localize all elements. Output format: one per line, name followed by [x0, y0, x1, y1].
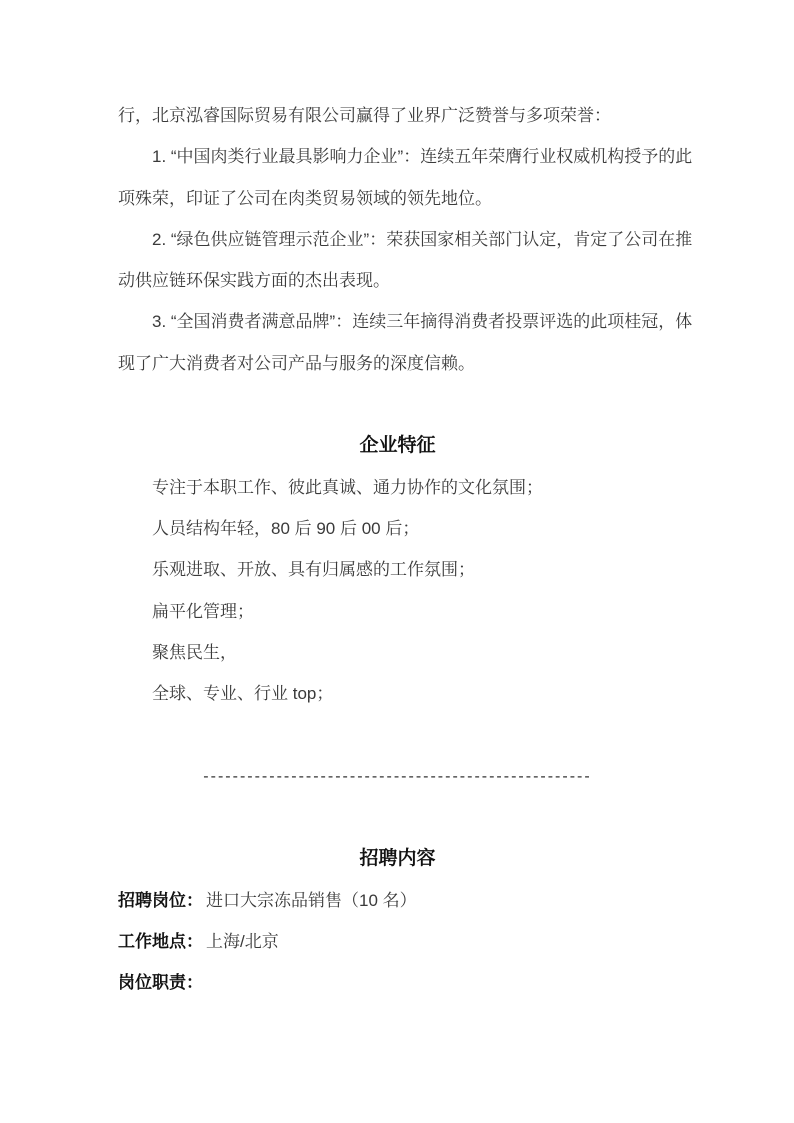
honors-item-2-line: 动供应链环保实践方面的杰出表现。 — [118, 260, 677, 301]
honors-item-2-line: 2. “绿色供应链管理示范企业”：荣获国家相关部门认定，肯定了公司在推 — [118, 219, 677, 260]
honors-item-3-line: 现了广大消费者对公司产品与服务的深度信赖。 — [118, 343, 677, 384]
location-field-label: 工作地点： — [118, 932, 203, 951]
honors-paragraph-line: 行，北京泓睿国际贸易有限公司赢得了业界广泛赞誉与多项荣誉： — [118, 95, 677, 136]
honors-item-1-line: 项殊荣，印证了公司在肉类贸易领域的领先地位。 — [118, 178, 677, 219]
recruitment-location-row: 工作地点：上海/北京 — [118, 921, 677, 962]
duties-field-label: 岗位职责： — [118, 973, 203, 992]
blank-line — [118, 384, 677, 425]
feature-line: 人员结构年轻，80 后 90 后 00 后； — [118, 508, 677, 549]
recruitment-position-row: 招聘岗位：进口大宗冻品销售（10 名） — [118, 880, 677, 921]
dashed-divider: ----------------------------------------… — [118, 756, 677, 797]
feature-line: 扁平化管理； — [118, 591, 677, 632]
feature-line: 专注于本职工作、彼此真诚、通力协作的文化氛围； — [118, 467, 677, 508]
honors-item-3-line: 3. “全国消费者满意品牌”：连续三年摘得消费者投票评选的此项桂冠，体 — [118, 301, 677, 342]
blank-line — [118, 714, 677, 755]
position-field-value: 进口大宗冻品销售（10 名） — [206, 891, 417, 910]
honors-item-1-line: 1. “中国肉类行业最具影响力企业”：连续五年荣膺行业权威机构授予的此 — [118, 136, 677, 177]
recruitment-section-heading: 招聘内容 — [118, 838, 677, 879]
feature-line: 全球、专业、行业 top； — [118, 673, 677, 714]
feature-line: 乐观进取、开放、具有归属感的工作氛围； — [118, 549, 677, 590]
document-page: 行，北京泓睿国际贸易有限公司赢得了业界广泛赞誉与多项荣誉： 1. “中国肉类行业… — [0, 0, 794, 1123]
blank-line — [118, 797, 677, 838]
feature-line: 聚焦民生， — [118, 632, 677, 673]
document-content: 行，北京泓睿国际贸易有限公司赢得了业界广泛赞誉与多项荣誉： 1. “中国肉类行业… — [118, 95, 677, 1004]
recruitment-duties-row: 岗位职责： — [118, 962, 677, 1003]
features-section-heading: 企业特征 — [118, 425, 677, 466]
position-field-label: 招聘岗位： — [118, 891, 203, 910]
location-field-value: 上海/北京 — [206, 932, 279, 951]
